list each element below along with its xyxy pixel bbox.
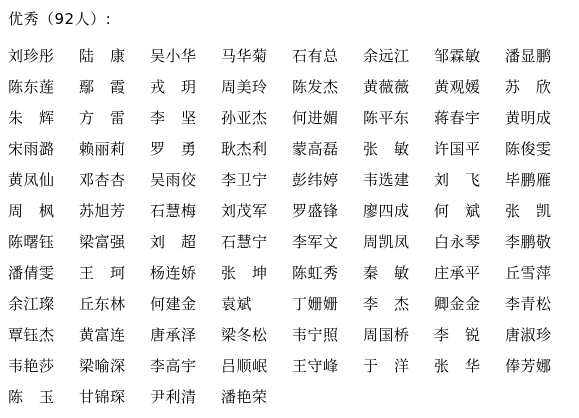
name-item: 刘 超 xyxy=(150,228,221,259)
name-item: 李卫宁 xyxy=(221,166,292,197)
name-item: 周美玲 xyxy=(221,73,292,104)
name-item: 陈平东 xyxy=(363,104,434,135)
name-item: 苏旭芳 xyxy=(79,197,150,228)
name-item: 赖丽莉 xyxy=(79,135,150,166)
name-item: 陈虹秀 xyxy=(292,259,363,290)
name-item: 毕鹏雁 xyxy=(505,166,576,197)
name-item: 甘锦琛 xyxy=(79,383,150,414)
name-item: 李鹏敬 xyxy=(505,228,576,259)
name-item: 潘倩雯 xyxy=(8,259,79,290)
name-item: 苏 欣 xyxy=(505,73,576,104)
name-item: 潘显鹏 xyxy=(505,42,576,73)
name-item: 黄凤仙 xyxy=(8,166,79,197)
name-item: 俸芳娜 xyxy=(505,352,576,383)
name-item: 于 洋 xyxy=(363,352,434,383)
name-item: 梁喻深 xyxy=(79,352,150,383)
name-item: 宋雨潞 xyxy=(8,135,79,166)
name-item: 朱 辉 xyxy=(8,104,79,135)
name-item: 鄢 霞 xyxy=(79,73,150,104)
name-item: 石慧宁 xyxy=(221,228,292,259)
name-item: 何进媚 xyxy=(292,104,363,135)
name-item: 唐承泽 xyxy=(150,321,221,352)
name-item: 周凯凤 xyxy=(363,228,434,259)
name-item: 王守峰 xyxy=(292,352,363,383)
name-item: 陈曙钰 xyxy=(8,228,79,259)
name-item: 张 华 xyxy=(434,352,505,383)
name-item: 张 凯 xyxy=(505,197,576,228)
name-item: 李 锐 xyxy=(434,321,505,352)
name-item: 许国平 xyxy=(434,135,505,166)
name-item: 刘珍彤 xyxy=(8,42,79,73)
name-item: 秦 敏 xyxy=(363,259,434,290)
name-item: 蒋春宇 xyxy=(434,104,505,135)
name-item: 邓杏杏 xyxy=(79,166,150,197)
name-item: 刘茂军 xyxy=(221,197,292,228)
name-item: 耿杰利 xyxy=(221,135,292,166)
name-item: 韦宁照 xyxy=(292,321,363,352)
name-item: 吴雨佼 xyxy=(150,166,221,197)
name-item: 周国桥 xyxy=(363,321,434,352)
name-item: 庄承平 xyxy=(434,259,505,290)
name-item: 李高宇 xyxy=(150,352,221,383)
name-item: 何 斌 xyxy=(434,197,505,228)
name-item: 李 杰 xyxy=(363,290,434,321)
name-item: 覃钰杰 xyxy=(8,321,79,352)
name-item: 白永琴 xyxy=(434,228,505,259)
name-item: 袁斌 xyxy=(221,290,292,321)
name-item: 潘艳荣 xyxy=(221,383,292,414)
name-item: 吴小华 xyxy=(150,42,221,73)
name-item: 张 坤 xyxy=(221,259,292,290)
name-item: 杨连娇 xyxy=(150,259,221,290)
name-item: 刘 飞 xyxy=(434,166,505,197)
name-item: 周 枫 xyxy=(8,197,79,228)
name-item: 罗盛锋 xyxy=(292,197,363,228)
name-grid: 刘珍彤陆 康吴小华马华菊石有总余远江邹霖敏潘显鹏陈东莲鄢 霞戎 玥周美玲陈发杰黄… xyxy=(8,42,579,414)
name-item: 梁冬松 xyxy=(221,321,292,352)
name-item: 黄富连 xyxy=(79,321,150,352)
name-item: 李军文 xyxy=(292,228,363,259)
page-title: 优秀（92人）: xyxy=(8,9,579,42)
name-item: 李青松 xyxy=(505,290,576,321)
name-item: 廖四成 xyxy=(363,197,434,228)
name-item: 蒙高磊 xyxy=(292,135,363,166)
name-item: 唐淑珍 xyxy=(505,321,576,352)
document-page: 优秀（92人）: 刘珍彤陆 康吴小华马华菊石有总余远江邹霖敏潘显鹏陈东莲鄢 霞戎… xyxy=(0,0,579,418)
name-item: 黄明成 xyxy=(505,104,576,135)
name-item: 彭纬婷 xyxy=(292,166,363,197)
name-item: 余江璨 xyxy=(8,290,79,321)
name-item: 张 敏 xyxy=(363,135,434,166)
name-item: 何建金 xyxy=(150,290,221,321)
name-item: 丘雪萍 xyxy=(505,259,576,290)
name-item: 石慧梅 xyxy=(150,197,221,228)
name-item: 陈 玉 xyxy=(8,383,79,414)
name-item: 余远江 xyxy=(363,42,434,73)
name-item: 王 珂 xyxy=(79,259,150,290)
name-item: 李 坚 xyxy=(150,104,221,135)
name-item: 梁富强 xyxy=(79,228,150,259)
name-item: 卿金金 xyxy=(434,290,505,321)
name-item: 黄薇薇 xyxy=(363,73,434,104)
name-item: 石有总 xyxy=(292,42,363,73)
name-item: 陈东莲 xyxy=(8,73,79,104)
name-item: 尹利清 xyxy=(150,383,221,414)
name-item: 陈发杰 xyxy=(292,73,363,104)
name-item: 马华菊 xyxy=(221,42,292,73)
name-item: 丘东林 xyxy=(79,290,150,321)
name-item: 方 雷 xyxy=(79,104,150,135)
name-item: 陈俊雯 xyxy=(505,135,576,166)
name-item: 孙亚杰 xyxy=(221,104,292,135)
name-item: 韦选建 xyxy=(363,166,434,197)
name-item: 吕顺岷 xyxy=(221,352,292,383)
name-item: 黄观媛 xyxy=(434,73,505,104)
name-item: 邹霖敏 xyxy=(434,42,505,73)
name-item: 戎 玥 xyxy=(150,73,221,104)
name-item: 罗 勇 xyxy=(150,135,221,166)
name-item: 韦艳莎 xyxy=(8,352,79,383)
name-item: 丁姗姗 xyxy=(292,290,363,321)
name-item: 陆 康 xyxy=(79,42,150,73)
